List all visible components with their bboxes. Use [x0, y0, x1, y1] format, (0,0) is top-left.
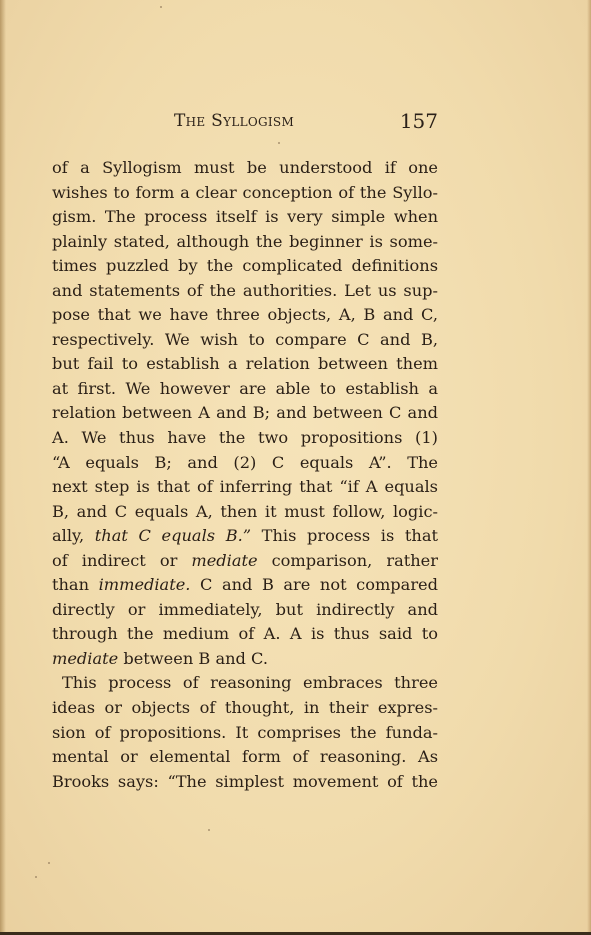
- text-line: This process of reasoning embraces three: [52, 671, 438, 696]
- italic-text: mediate: [191, 551, 257, 570]
- text-run: pose that we have three objects, A, B an…: [52, 305, 438, 324]
- text-run: but fail to establish a relation between…: [52, 354, 438, 373]
- text-line: gism. The process itself is very simple …: [52, 205, 438, 230]
- text-run: than: [52, 575, 99, 594]
- text-line: ideas or objects of thought, in their ex…: [52, 696, 438, 721]
- text-line: of indirect or mediate comparison, rathe…: [52, 549, 438, 574]
- text-line: Brooks says: “The simplest movement of t…: [52, 770, 438, 795]
- text-line: at first. We however are able to establi…: [52, 377, 438, 402]
- text-line: plainly stated, although the beginner is…: [52, 230, 438, 255]
- italic-text: that C equals B.”: [95, 526, 251, 545]
- text-line: relation between A and B; and between C …: [52, 401, 438, 426]
- text-run: gism. The process itself is very simple …: [52, 207, 438, 226]
- text-line: next step is that of inferring that “if …: [52, 475, 438, 500]
- page-number: 157: [400, 109, 438, 133]
- text-run: This process is that: [251, 526, 438, 545]
- text-run: A. We thus have the two propositions (1): [52, 428, 438, 447]
- text-line: but fail to establish a relation between…: [52, 352, 438, 377]
- text-run: directly or immediately, but indirectly …: [52, 600, 438, 619]
- text-line: B, and C equals A, then it must follow, …: [52, 500, 438, 525]
- book-page: The Syllogism 157 of a Syllogism must be…: [0, 0, 591, 935]
- text-line: A. We thus have the two propositions (1): [52, 426, 438, 451]
- page-gutter-shadow: [0, 0, 6, 935]
- chapter-title: The Syllogism: [174, 111, 294, 131]
- text-run: at first. We however are able to establi…: [52, 379, 438, 398]
- text-line: through the medium of A. A is thus said …: [52, 622, 438, 647]
- text-run: next step is that of inferring that “if …: [52, 477, 438, 496]
- text-line: and statements of the authorities. Let u…: [52, 279, 438, 304]
- text-line: “A equals B; and (2) C equals A”. The: [52, 451, 438, 476]
- text-line: sion of propositions. It comprises the f…: [52, 721, 438, 746]
- text-run: respectively. We wish to compare C and B…: [52, 330, 438, 349]
- text-run: This process of reasoning embraces three: [62, 673, 438, 692]
- text-run: through the medium of A. A is thus said …: [52, 624, 438, 643]
- text-line: directly or immediately, but indirectly …: [52, 598, 438, 623]
- text-line: than immediate. C and B are not compared: [52, 573, 438, 598]
- text-run: C and B are not compared: [190, 575, 438, 594]
- text-run: relation between A and B; and between C …: [52, 403, 438, 422]
- italic-text: mediate: [52, 649, 118, 668]
- text-line: ally, that C equals B.” This process is …: [52, 524, 438, 549]
- body-text: of a Syllogism must be understood if one…: [52, 156, 438, 794]
- text-run: sion of propositions. It comprises the f…: [52, 723, 438, 742]
- text-line: mental or elemental form of reasoning. A…: [52, 745, 438, 770]
- text-line: wishes to form a clear conception of the…: [52, 181, 438, 206]
- running-head: The Syllogism 157: [60, 109, 438, 137]
- text-run: ally,: [52, 526, 95, 545]
- text-run: “A equals B; and (2) C equals A”. The: [52, 453, 438, 472]
- italic-text: immediate.: [99, 575, 191, 594]
- text-run: ideas or objects of thought, in their ex…: [52, 698, 438, 717]
- text-line: respectively. We wish to compare C and B…: [52, 328, 438, 353]
- text-run: between B and C.: [118, 649, 268, 668]
- text-run: plainly stated, although the beginner is…: [52, 232, 438, 251]
- text-run: and statements of the authorities. Let u…: [52, 281, 438, 300]
- text-line: times puzzled by the complicated definit…: [52, 254, 438, 279]
- text-run: of indirect or: [52, 551, 191, 570]
- text-run: comparison, rather: [258, 551, 438, 570]
- text-run: B, and C equals A, then it must follow, …: [52, 502, 438, 521]
- text-run: Brooks says: “The simplest movement of t…: [52, 772, 438, 791]
- text-run: wishes to form a clear conception of the…: [52, 183, 438, 202]
- text-line: of a Syllogism must be understood if one: [52, 156, 438, 181]
- page-edge-shadow: [587, 0, 591, 935]
- text-line: pose that we have three objects, A, B an…: [52, 303, 438, 328]
- paragraph: This process of reasoning embraces three…: [52, 671, 438, 794]
- text-line: mediate between B and C.: [52, 647, 438, 672]
- text-run: of a Syllogism must be understood if one: [52, 158, 438, 177]
- text-run: times puzzled by the complicated definit…: [52, 256, 438, 275]
- paragraph: of a Syllogism must be understood if one…: [52, 156, 438, 671]
- text-run: mental or elemental form of reasoning. A…: [52, 747, 438, 766]
